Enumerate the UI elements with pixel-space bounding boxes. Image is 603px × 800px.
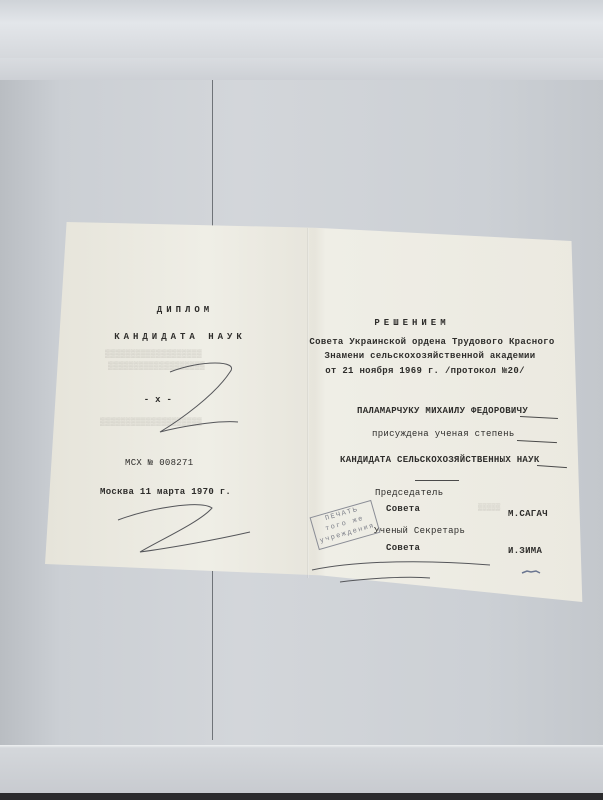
- diploma-title: ДИПЛОМ: [157, 305, 213, 315]
- separator-mark: - х -: [144, 395, 173, 405]
- secretary-name: И.ЗИМА: [508, 546, 542, 556]
- floor-edge: [0, 793, 603, 800]
- diploma-serial-number: МСХ № 008271: [125, 458, 193, 468]
- window-frame-bottom: [0, 745, 603, 793]
- chairman-name: М.САГАЧ: [508, 509, 548, 519]
- chairman-council: Совета: [386, 504, 420, 514]
- council-line-2: Знамени сельскохозяйственной академии: [325, 351, 536, 361]
- secretary-title: Ученый Секретарь: [374, 526, 465, 536]
- decision-heading: РЕШЕНИЕМ: [374, 318, 449, 328]
- erased-line: ▒▒▒▒▒▒▒▒▒▒▒▒▒▒▒▒▒▒▒▒: [100, 418, 202, 427]
- awarded-text: присуждена ученая степень: [372, 429, 515, 439]
- decision-date: от 21 ноября 1969 г. /протокол №20/: [325, 366, 525, 376]
- secretary-council: Совета: [386, 543, 420, 553]
- window-ledge: [0, 58, 603, 81]
- photo-scene: ДИПЛОМ КАНДИДАТА НАУК ▒▒▒▒▒▒▒▒▒▒▒▒▒▒▒▒▒▒…: [0, 0, 603, 800]
- issue-place-date: Москва 11 марта 1970 г.: [100, 487, 231, 497]
- council-line-1: Совета Украинской ордена Трудового Красн…: [309, 337, 554, 347]
- underline: [415, 480, 459, 481]
- paper-fold: [307, 228, 309, 578]
- erased-line: ▒▒▒▒▒▒▒▒▒▒▒▒▒▒▒▒▒▒▒: [108, 362, 205, 371]
- recipient-name: ПАЛАМАРЧУКУ МИХАИЛУ ФЕДОРОВИЧУ: [357, 406, 528, 416]
- chairman-title: Председатель: [375, 488, 443, 498]
- erased-line: ▒▒▒▒▒▒▒▒▒▒▒▒▒▒▒▒▒▒▒: [105, 350, 202, 359]
- diploma-subtitle: КАНДИДАТА НАУК: [114, 332, 246, 342]
- signature-faded: ▒▒▒▒▒: [478, 504, 501, 512]
- window-frame-top: [0, 0, 603, 59]
- degree-title: КАНДИДАТА СЕЛЬСКОХОЗЯЙСТВЕННЫХ НАУК: [340, 455, 540, 465]
